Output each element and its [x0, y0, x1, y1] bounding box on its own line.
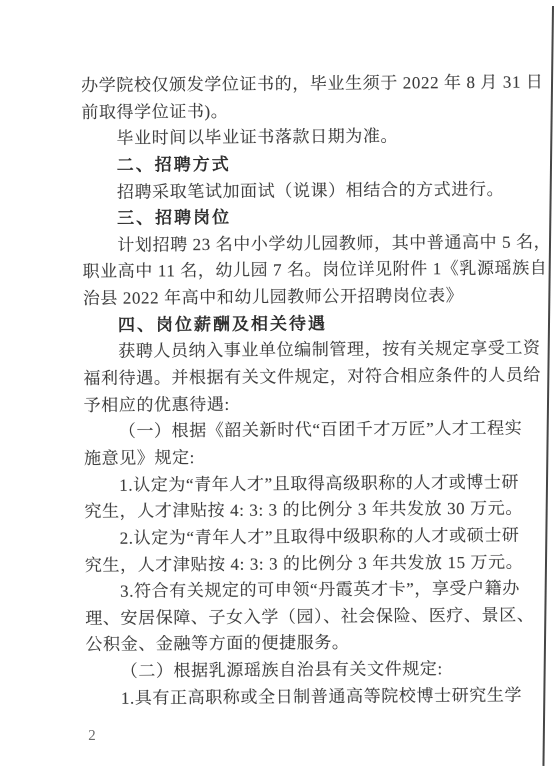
text-line: 予相应的优惠待遇:	[84, 389, 530, 419]
document-body: 办学院校仅颁发学位证书的，毕业生须于 2022 年 8 月 31 日前取得学位证…	[81, 69, 533, 784]
text-line: 治县 2022 年高中和幼儿园教师公开招聘岗位表》	[83, 283, 529, 313]
text-line: 计划招聘 23 名中小学幼儿园教师，其中普通高中 5 名，	[82, 229, 528, 259]
text-line: 办学院校仅颁发学位证书的，毕业生须于 2022 年 8 月 31 日	[81, 69, 527, 99]
text-line: 1.认定为“青年人才”且取得高级职称的人才或博士研	[84, 469, 530, 499]
text-line: （一）根据《韶关新时代“百团千才万匠”人才工程实	[84, 416, 530, 446]
text-line: 2.认定为“青年人才”且取得中级职称的人才或硕士研	[85, 522, 531, 552]
text-line: 前取得学位证书)。	[81, 96, 527, 126]
section-heading: 四、岗位薪酬及相关待遇	[83, 309, 529, 339]
page-number: 2	[88, 728, 96, 745]
scanned-document-page: 办学院校仅颁发学位证书的，毕业生须于 2022 年 8 月 31 日前取得学位证…	[0, 0, 555, 784]
text-line: 招聘采取笔试加面试（说课）相结合的方式进行。	[82, 176, 528, 206]
text-line: 获聘人员纳入事业单位编制管理，按有关规定享受工资	[83, 336, 529, 366]
text-line: 究生，人才津贴按 4: 3: 3 的比例分 3 年共发放 15 万元。	[85, 549, 531, 579]
text-line: 职业高中 11 名，幼儿园 7 名。岗位详见附件 1《乳源瑶族自	[82, 256, 528, 286]
text-line: 理、安居保障、子女入学（园）、社会保险、医疗、景区、	[85, 602, 531, 632]
text-line: 毕业时间以毕业证书落款日期为准。	[81, 123, 527, 153]
section-heading: 三、招聘岗位	[82, 203, 528, 233]
scan-edge-artifact	[542, 6, 553, 766]
text-line: 公积金、金融等方面的便捷服务。	[85, 629, 531, 659]
text-line: 究生，人才津贴按 4: 3: 3 的比例分 3 年共发放 30 万元。	[84, 496, 530, 526]
text-line: 3.符合有关规定的可申领“丹霞英才卡”，享受户籍办	[85, 576, 531, 606]
text-line: （二）根据乳源瑶族自治县有关文件规定:	[86, 656, 532, 686]
section-heading: 二、招聘方式	[82, 149, 528, 179]
text-line: 施意见》规定:	[84, 442, 530, 472]
text-line: 福利待遇。并根据有关文件规定，对符合相应条件的人员给	[83, 363, 529, 393]
text-line: 1.具有正高职称或全日制普通高等院校博士研究生学	[86, 682, 532, 712]
